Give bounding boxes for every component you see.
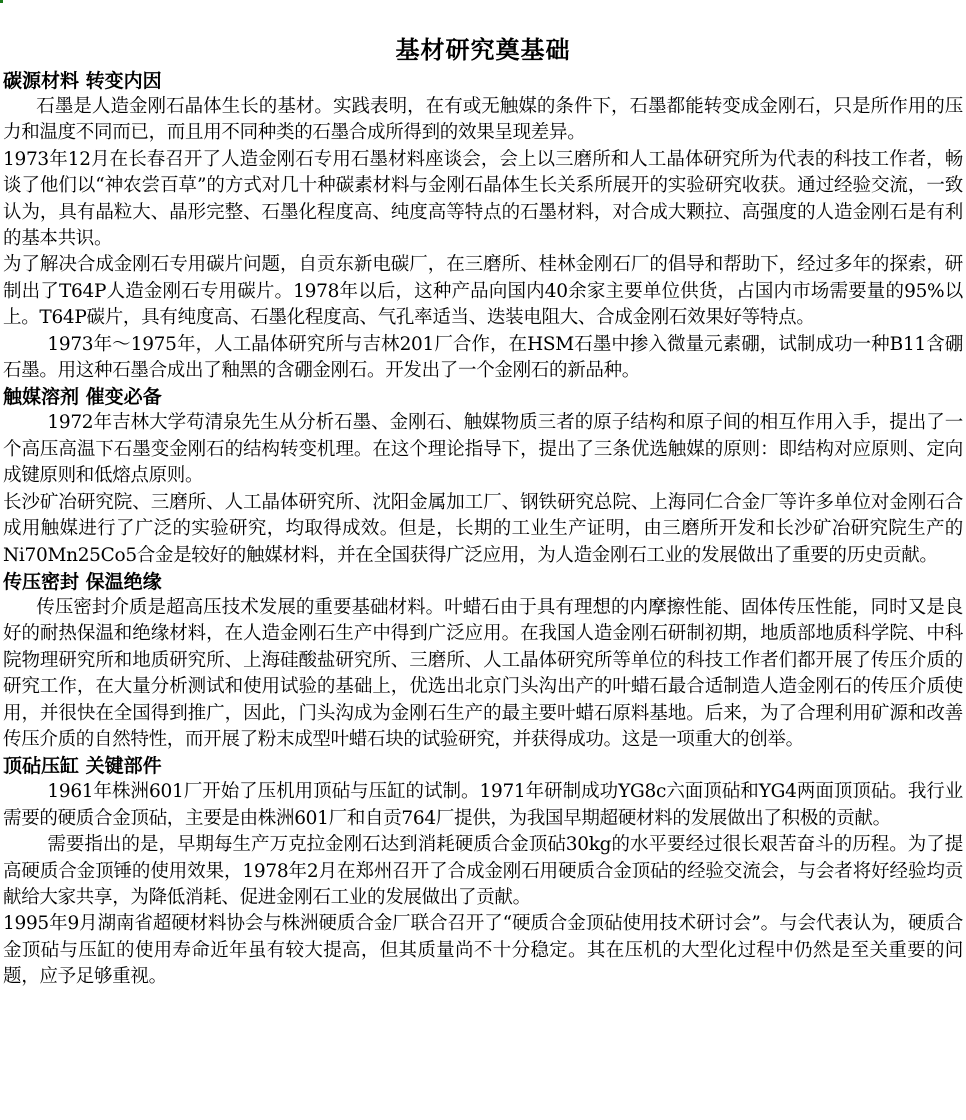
section-heading: 传压密封 保温绝缘 <box>3 569 963 595</box>
paragraph: 石墨是人造金刚石晶体生长的基材。实践表明，在有或无触媒的条件下，石墨都能转变成金… <box>3 94 963 147</box>
paragraph: 长沙矿冶研究院、三磨所、人工晶体研究所、沈阳金属加工厂、钢铁研究总院、上海同仁合… <box>3 490 963 569</box>
corner-mark <box>0 0 3 3</box>
section-pressure-medium: 传压密封 保温绝缘 传压密封介质是超高压技术发展的重要基础材料。叶蜡石由于具有理… <box>3 569 963 753</box>
document: 基材研究奠基础 碳源材料 转变内因 石墨是人造金刚石晶体生长的基材。实践表明，在… <box>3 32 963 991</box>
section-heading: 触媒溶剂 催变必备 <box>3 384 963 410</box>
section-heading: 碳源材料 转变内因 <box>3 68 963 94</box>
section-heading: 顶砧压缸 关键部件 <box>3 753 963 779</box>
paragraph: 1973年12月在长春召开了人造金刚石专用石墨材料座谈会，会上以三磨所和人工晶体… <box>3 147 963 253</box>
paragraph: 需要指出的是，早期每生产万克拉金刚石达到消耗硬质合金顶砧30kg的水平要经过很长… <box>3 832 963 911</box>
paragraph: 为了解决合成金刚石专用碳片问题，自贡东新电碳厂，在三磨所、桂林金刚石厂的倡导和帮… <box>3 252 963 331</box>
section-catalyst: 触媒溶剂 催变必备 1972年吉林大学苟清泉先生从分析石墨、金刚石、触媒物质三者… <box>3 384 963 568</box>
section-anvil-cylinder: 顶砧压缸 关键部件 1961年株洲601厂开始了压机用顶砧与压缸的试制。1971… <box>3 753 963 990</box>
section-carbon-source: 碳源材料 转变内因 石墨是人造金刚石晶体生长的基材。实践表明，在有或无触媒的条件… <box>3 68 963 384</box>
paragraph: 1973年～1975年，人工晶体研究所与吉林201厂合作，在HSM石墨中掺入微量… <box>3 332 963 385</box>
paragraph: 1972年吉林大学苟清泉先生从分析石墨、金刚石、触媒物质三者的原子结构和原子间的… <box>3 410 963 489</box>
paragraph: 传压密封介质是超高压技术发展的重要基础材料。叶蜡石由于具有理想的内摩擦性能、固体… <box>3 595 963 753</box>
paragraph: 1961年株洲601厂开始了压机用顶砧与压缸的试制。1971年研制成功YG8c六… <box>3 779 963 832</box>
page-title: 基材研究奠基础 <box>3 32 963 68</box>
paragraph: 1995年9月湖南省超硬材料协会与株洲硬质合金厂联合召开了“硬质合金顶砧使用技术… <box>3 911 963 990</box>
